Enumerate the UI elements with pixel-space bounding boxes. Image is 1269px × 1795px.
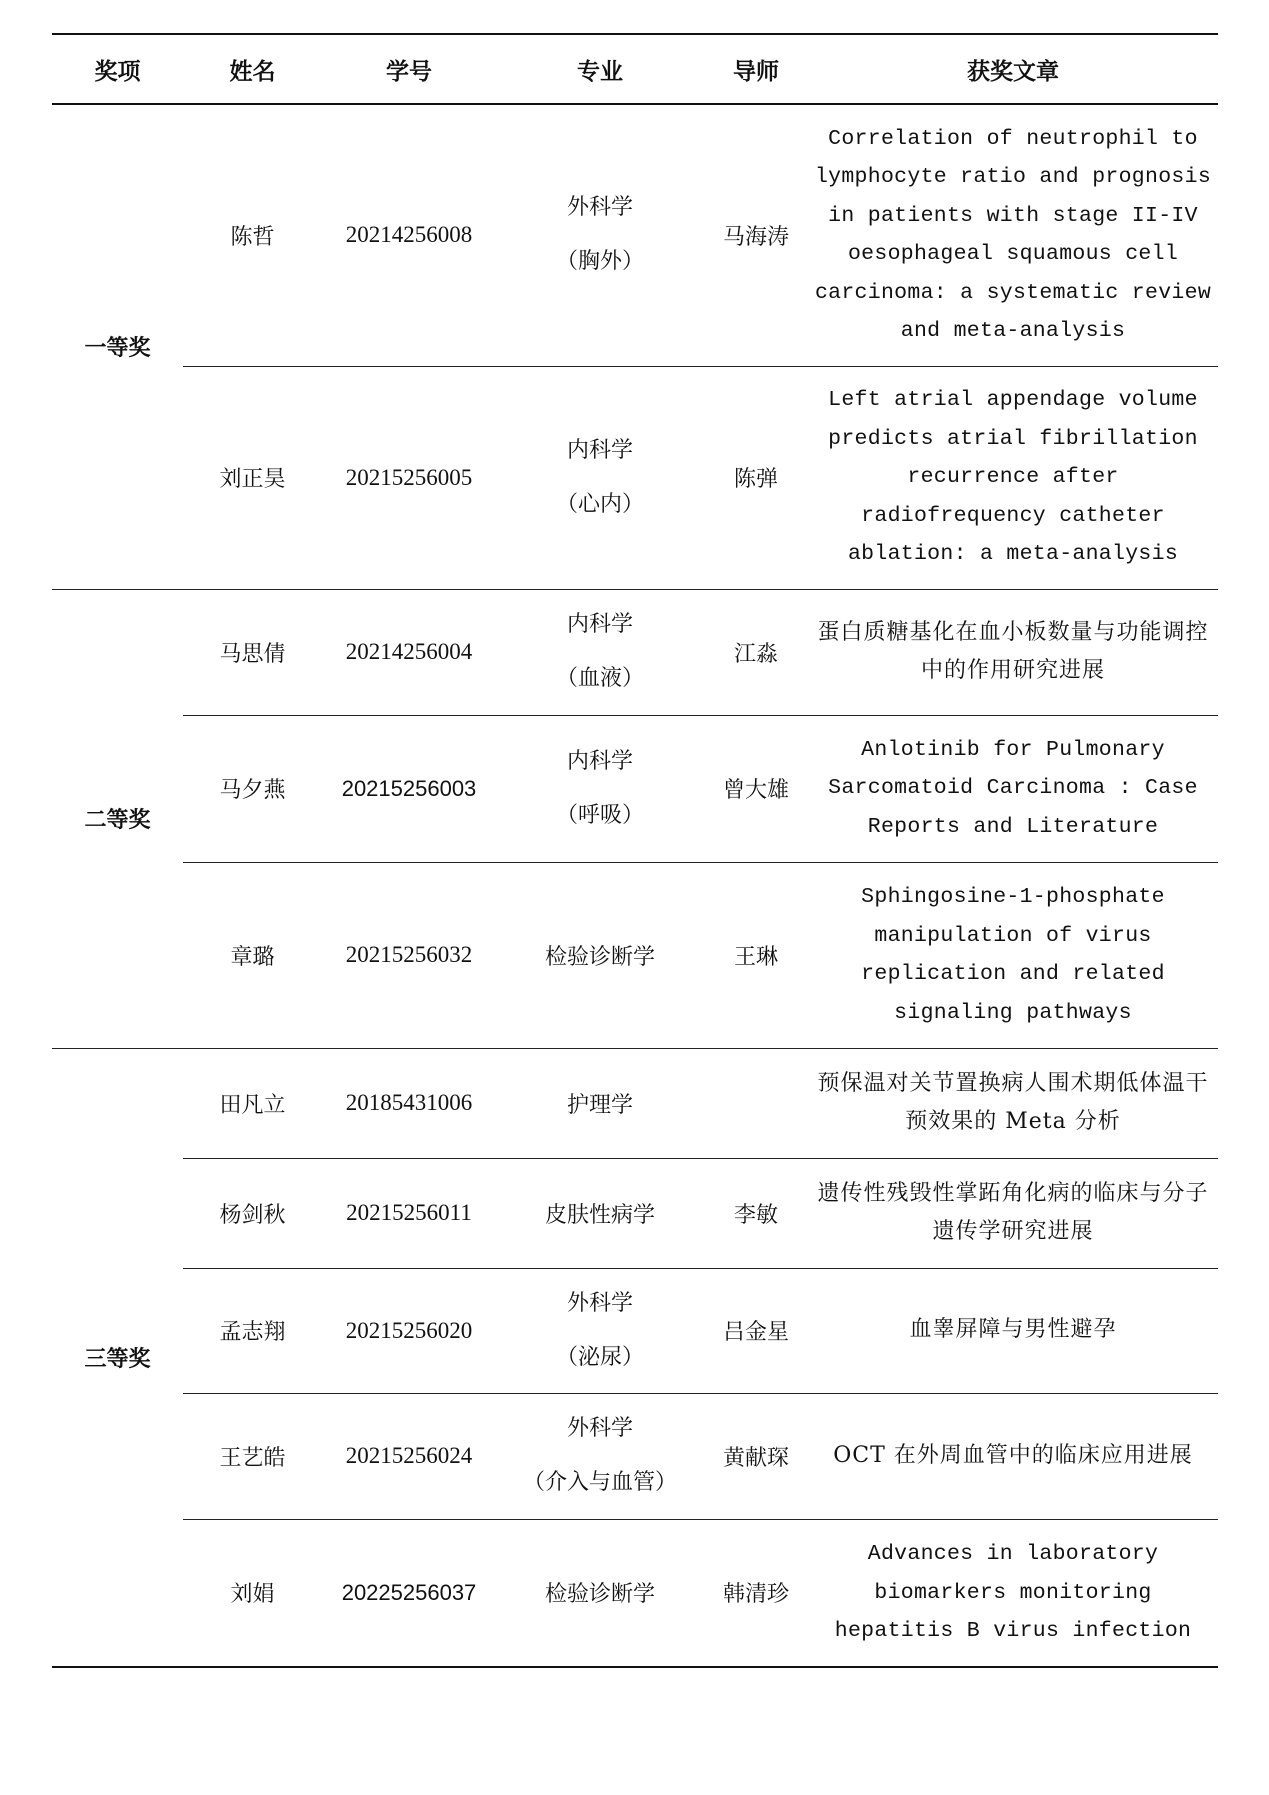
cell-advisor: 韩清珍 — [704, 1519, 808, 1667]
header-row: 奖项 姓名 学号 专业 导师 获奖文章 — [52, 34, 1218, 104]
table-row: 杨剑秋 20215256011 皮肤性病学 李敏 遗传性残毁性掌跖角化病的临床与… — [52, 1158, 1218, 1268]
prize-first: 一等奖 — [52, 104, 183, 589]
cell-article: 遗传性残毁性掌跖角化病的临床与分子遗传学研究进展 — [808, 1158, 1218, 1268]
sub-major-text: （胸外） — [500, 235, 700, 289]
sub-major-text: （介入与血管） — [500, 1456, 700, 1510]
cell-major: 外科学 （胸外） — [496, 104, 704, 366]
cell-advisor: 马海涛 — [704, 104, 808, 366]
table-row: 一等奖 陈哲 20214256008 外科学 （胸外） 马海涛 Correlat… — [52, 104, 1218, 366]
cell-article: Sphingosine-1-phosphate manipulation of … — [808, 862, 1218, 1048]
cell-student-id: 20215256003 — [322, 715, 496, 862]
header-name: 姓名 — [183, 34, 322, 104]
header-major: 专业 — [496, 34, 704, 104]
cell-advisor: 陈弹 — [704, 366, 808, 589]
sub-major-text: （血液） — [500, 652, 700, 706]
major-text: 外科学 — [500, 1402, 700, 1456]
cell-student-id: 20214256008 — [322, 104, 496, 366]
cell-major: 内科学 （心内） — [496, 366, 704, 589]
table-row: 刘正昊 20215256005 内科学 （心内） 陈弹 Left atrial … — [52, 366, 1218, 589]
cell-major: 检验诊断学 — [496, 862, 704, 1048]
cell-name: 刘娟 — [183, 1519, 322, 1667]
cell-name: 王艺皓 — [183, 1393, 322, 1519]
cell-major: 护理学 — [496, 1048, 704, 1158]
cell-name: 杨剑秋 — [183, 1158, 322, 1268]
cell-student-id: 20215256005 — [322, 366, 496, 589]
cell-article: 预保温对关节置换病人围术期低体温干预效果的 Meta 分析 — [808, 1048, 1218, 1158]
cell-advisor: 王琳 — [704, 862, 808, 1048]
cell-article: 蛋白质糖基化在血小板数量与功能调控中的作用研究进展 — [808, 589, 1218, 715]
cell-student-id: 20215256011 — [322, 1158, 496, 1268]
table-row: 刘娟 20225256037 检验诊断学 韩清珍 Advances in lab… — [52, 1519, 1218, 1667]
table-row: 孟志翔 20215256020 外科学 （泌尿） 吕金星 血睾屏障与男性避孕 — [52, 1268, 1218, 1393]
cell-article: Left atrial appendage volume predicts at… — [808, 366, 1218, 589]
cell-advisor: 曾大雄 — [704, 715, 808, 862]
sub-major-text: （泌尿） — [500, 1331, 700, 1385]
table-header: 奖项 姓名 学号 专业 导师 获奖文章 — [52, 34, 1218, 104]
cell-advisor: 黄献琛 — [704, 1393, 808, 1519]
cell-name: 章璐 — [183, 862, 322, 1048]
cell-article: Anlotinib for Pulmonary Sarcomatoid Carc… — [808, 715, 1218, 862]
major-text: 外科学 — [500, 1277, 700, 1331]
cell-student-id: 20185431006 — [322, 1048, 496, 1158]
cell-advisor — [704, 1048, 808, 1158]
cell-article: Correlation of neutrophil to lymphocyte … — [808, 104, 1218, 366]
cell-major: 内科学 （血液） — [496, 589, 704, 715]
award-table: 奖项 姓名 学号 专业 导师 获奖文章 一等奖 陈哲 20214256008 外… — [52, 33, 1218, 1668]
cell-advisor: 吕金星 — [704, 1268, 808, 1393]
header-advisor: 导师 — [704, 34, 808, 104]
cell-student-id: 20214256004 — [322, 589, 496, 715]
cell-name: 刘正昊 — [183, 366, 322, 589]
major-text: 内科学 — [500, 424, 700, 478]
major-text: 内科学 — [500, 598, 700, 652]
sub-major-text: （呼吸） — [500, 789, 700, 843]
table-row: 章璐 20215256032 检验诊断学 王琳 Sphingosine-1-ph… — [52, 862, 1218, 1048]
cell-student-id: 20215256032 — [322, 862, 496, 1048]
cell-major: 检验诊断学 — [496, 1519, 704, 1667]
cell-article: OCT 在外周血管中的临床应用进展 — [808, 1393, 1218, 1519]
cell-major: 外科学 （介入与血管） — [496, 1393, 704, 1519]
cell-name: 孟志翔 — [183, 1268, 322, 1393]
header-article: 获奖文章 — [808, 34, 1218, 104]
major-text: 外科学 — [500, 181, 700, 235]
header-student-id: 学号 — [322, 34, 496, 104]
table-body: 一等奖 陈哲 20214256008 外科学 （胸外） 马海涛 Correlat… — [52, 104, 1218, 1667]
cell-advisor: 江淼 — [704, 589, 808, 715]
cell-student-id: 20215256020 — [322, 1268, 496, 1393]
cell-student-id: 20225256037 — [322, 1519, 496, 1667]
cell-student-id: 20215256024 — [322, 1393, 496, 1519]
cell-article: Advances in laboratory biomarkers monito… — [808, 1519, 1218, 1667]
major-text: 内科学 — [500, 735, 700, 789]
table-row: 三等奖 田凡立 20185431006 护理学 预保温对关节置换病人围术期低体温… — [52, 1048, 1218, 1158]
cell-major: 内科学 （呼吸） — [496, 715, 704, 862]
cell-major: 皮肤性病学 — [496, 1158, 704, 1268]
table-row: 马夕燕 20215256003 内科学 （呼吸） 曾大雄 Anlotinib f… — [52, 715, 1218, 862]
table-row: 王艺皓 20215256024 外科学 （介入与血管） 黄献琛 OCT 在外周血… — [52, 1393, 1218, 1519]
cell-name: 马夕燕 — [183, 715, 322, 862]
cell-major: 外科学 （泌尿） — [496, 1268, 704, 1393]
cell-advisor: 李敏 — [704, 1158, 808, 1268]
header-prize: 奖项 — [52, 34, 183, 104]
prize-third: 三等奖 — [52, 1048, 183, 1667]
cell-name: 陈哲 — [183, 104, 322, 366]
prize-second: 二等奖 — [52, 589, 183, 1048]
sub-major-text: （心内） — [500, 478, 700, 532]
cell-article: 血睾屏障与男性避孕 — [808, 1268, 1218, 1393]
cell-name: 田凡立 — [183, 1048, 322, 1158]
table-row: 二等奖 马思倩 20214256004 内科学 （血液） 江淼 蛋白质糖基化在血… — [52, 589, 1218, 715]
cell-name: 马思倩 — [183, 589, 322, 715]
